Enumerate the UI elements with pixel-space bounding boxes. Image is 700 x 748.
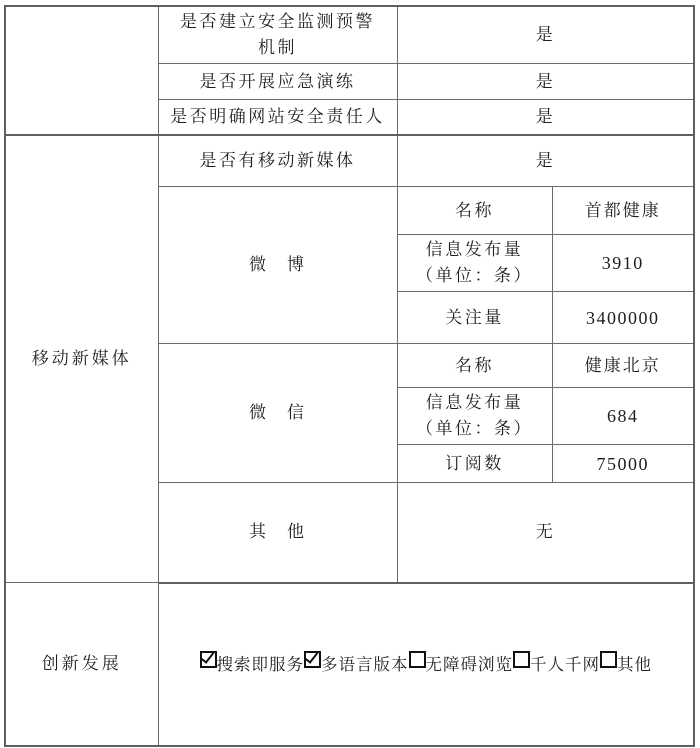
- innovation-options-cell: 搜索即服务多语言版本无障碍浏览千人千网其他: [158, 583, 694, 746]
- checkbox-icon[interactable]: [409, 651, 426, 668]
- group-label-weibo: 微 博: [158, 187, 397, 344]
- wechat-name-value: 健康北京: [552, 344, 694, 388]
- row-label-security-monitoring: 是否建立安全监测预警 机制: [158, 6, 397, 64]
- group-label-wechat: 微 信: [158, 344, 397, 483]
- row-value-security-monitoring: 是: [397, 6, 694, 64]
- weibo-followers-label: 关注量: [397, 292, 552, 344]
- row-value-security-responsible-person: 是: [397, 100, 694, 135]
- weibo-name-value: 首都健康: [552, 187, 694, 235]
- innovation-options: 搜索即服务多语言版本无障碍浏览千人千网其他: [159, 651, 694, 678]
- row-label-emergency-drill: 是否开展应急演练: [158, 64, 397, 100]
- checkbox-icon[interactable]: [513, 651, 530, 668]
- weibo-posts-label: 信息发布量 （单位：条）: [397, 235, 552, 292]
- checkbox-label: 搜索即服务: [217, 652, 305, 678]
- group-label-other-media: 其 他: [158, 483, 397, 583]
- report-page: 是否建立安全监测预警 机制 是 是否开展应急演练 是 是否明确网站安全责任人 是…: [0, 0, 700, 748]
- report-table: 是否建立安全监测预警 机制 是 是否开展应急演练 是 是否明确网站安全责任人 是…: [4, 5, 695, 747]
- weibo-name-label: 名称: [397, 187, 552, 235]
- checkbox-option-search-service: 搜索即服务: [200, 651, 305, 678]
- row-value-emergency-drill: 是: [397, 64, 694, 100]
- checkbox-option-accessibility: 无障碍浏览: [409, 651, 514, 678]
- wechat-subscribers-label: 订阅数: [397, 445, 552, 483]
- row-value-has-mobile-media: 是: [397, 135, 694, 187]
- wechat-posts-label: 信息发布量 （单位：条）: [397, 388, 552, 445]
- wechat-subscribers-value: 75000: [552, 445, 694, 483]
- other-media-value: 无: [397, 483, 694, 583]
- section-label-mobile-media: 移动新媒体: [5, 135, 158, 583]
- checkbox-icon[interactable]: [600, 651, 617, 668]
- checkbox-label: 多语言版本: [321, 652, 409, 678]
- row-label-security-responsible-person: 是否明确网站安全责任人: [158, 100, 397, 135]
- table-row: 是否建立安全监测预警 机制 是: [5, 6, 694, 64]
- checkbox-option-multilingual: 多语言版本: [304, 651, 409, 678]
- wechat-name-label: 名称: [397, 344, 552, 388]
- table-row: 创新发展 搜索即服务多语言版本无障碍浏览千人千网其他: [5, 583, 694, 746]
- weibo-posts-value: 3910: [552, 235, 694, 292]
- wechat-posts-value: 684: [552, 388, 694, 445]
- checkbox-label: 其他: [617, 652, 652, 678]
- section-label-innovation: 创新发展: [5, 583, 158, 746]
- checkbox-option-personalization: 千人千网: [513, 651, 600, 678]
- table-row: 移动新媒体 是否有移动新媒体 是: [5, 135, 694, 187]
- row-label-has-mobile-media: 是否有移动新媒体: [158, 135, 397, 187]
- checkbox-option-other: 其他: [600, 651, 652, 678]
- weibo-followers-value: 3400000: [552, 292, 694, 344]
- checkbox-label: 无障碍浏览: [426, 652, 514, 678]
- checkbox-icon[interactable]: [200, 651, 217, 668]
- checkbox-label: 千人千网: [530, 652, 600, 678]
- section-cell-empty: [5, 6, 158, 135]
- checkbox-icon[interactable]: [304, 651, 321, 668]
